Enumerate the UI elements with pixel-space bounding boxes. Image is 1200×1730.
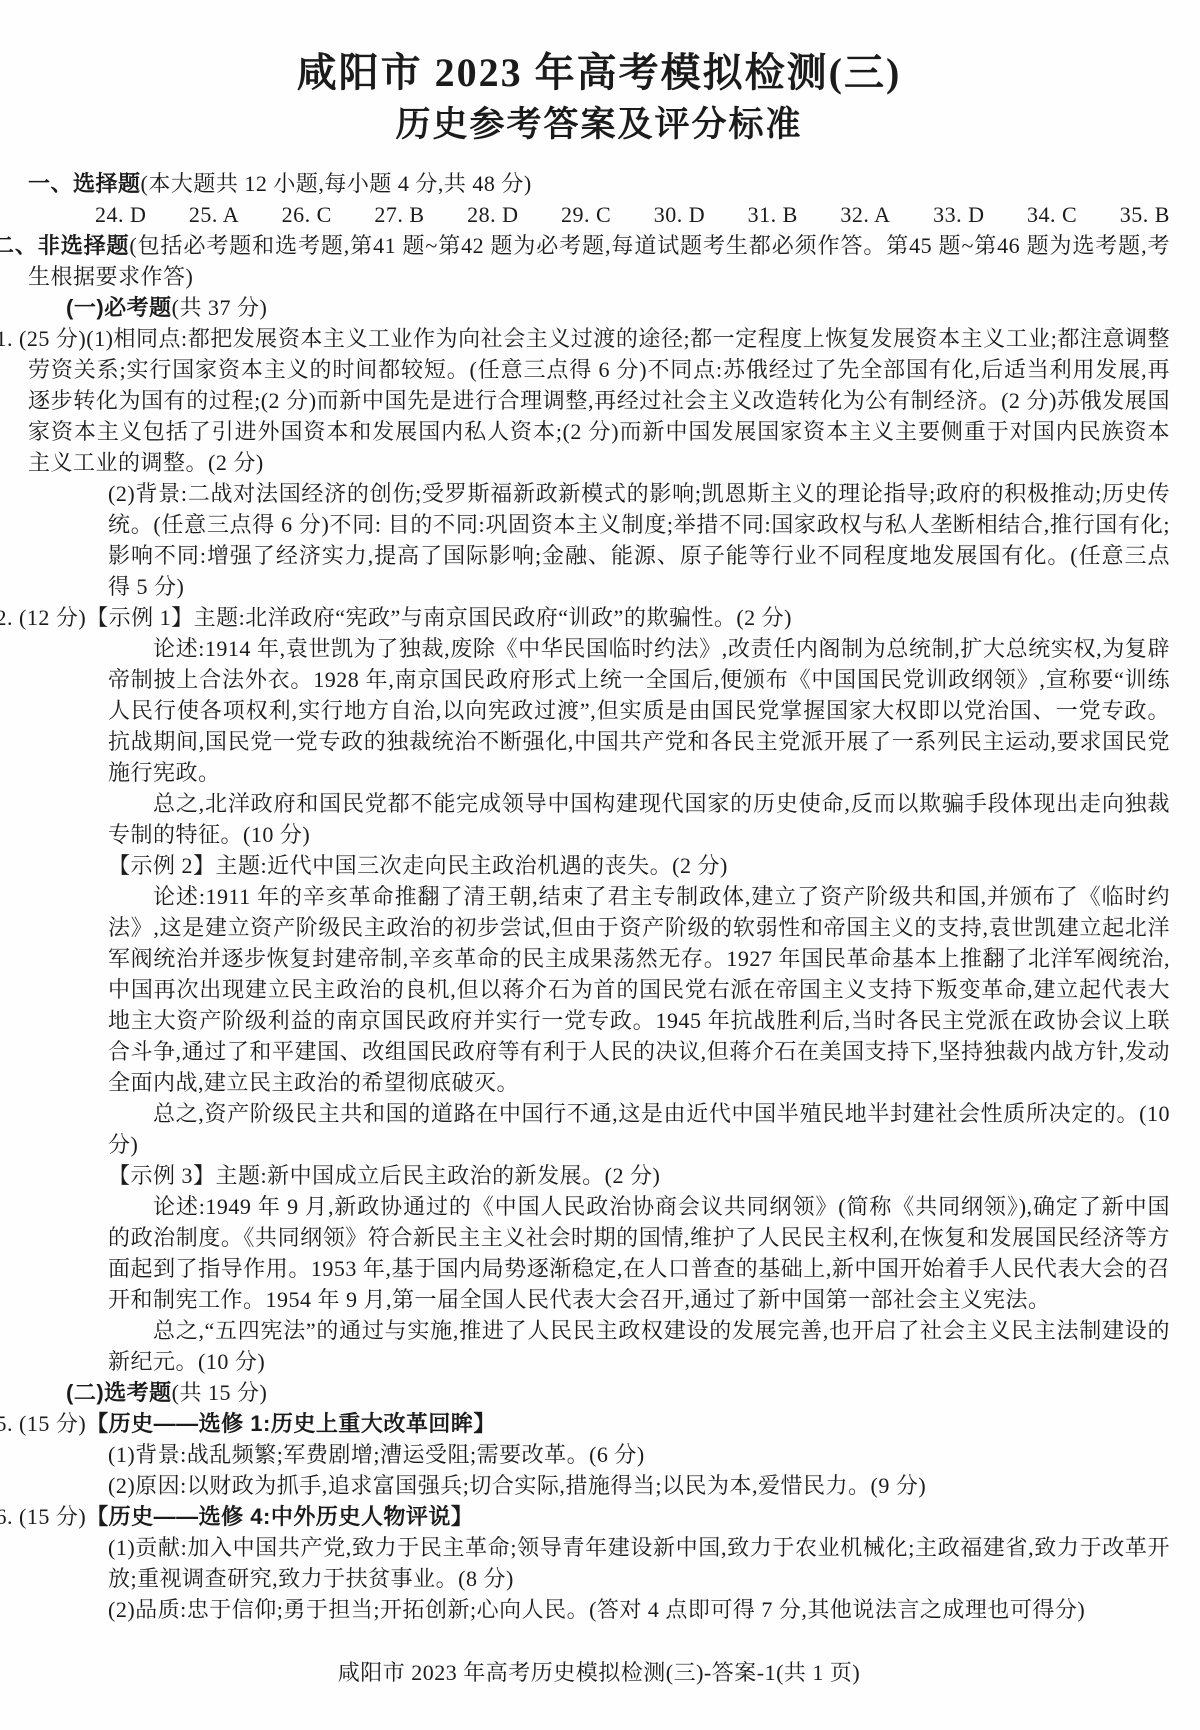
choice-answers-row: 24. D 25. A 26. C 27. B 28. D 29. C 30. … (95, 199, 1170, 230)
section-choice-label: 一、选择题 (28, 171, 141, 196)
section-nonchoice-heading: 二、非选择题(包括必考题和选考题,第41 题~第42 题为必考题,每道试题考生都… (28, 230, 1170, 292)
q42-example3-conclusion: 总之,“五四宪法”的通过与实施,推进了人民民主政权建设的发展完善,也开启了社会主… (108, 1315, 1170, 1377)
section-choice-desc: (本大题共 12 小题,每小题 4 分,共 48 分) (141, 171, 532, 196)
optional-subsection-score: (共 15 分) (172, 1380, 268, 1405)
q46-answer-1: (1)贡献:加入中国共产党,致力于民主革命;领导青年建设新中国,致力于农业机械化… (108, 1532, 1170, 1594)
q42-example2-topic: 【示例 2】主题:近代中国三次走向民主政治机遇的丧失。(2 分) (108, 850, 1170, 881)
q46-heading: 46. (15 分)【历史——选修 4:中外历史人物评说】 (28, 1501, 1170, 1532)
q45-answer-1: (1)背景:战乱频繁;军费剧增;漕运受阻;需要改革。(6 分) (108, 1439, 1170, 1470)
q41-paragraph-2: (2)背景:二战对法国经济的创伤;受罗斯福新政新模式的影响;凯恩斯主义的理论指导… (108, 478, 1170, 602)
q42-example2-discussion: 论述:1911 年的辛亥革命推翻了清王朝,结束了君主专制政体,建立了资产阶级共和… (108, 881, 1170, 1098)
optional-subsection-heading: (二)选考题(共 15 分) (66, 1377, 1170, 1408)
page-footer: 咸阳市 2023 年高考历史模拟检测(三)-答案-1(共 1 页) (28, 1657, 1170, 1688)
q45-elective-title: 【历史——选修 1:历史上重大改革回眸】 (86, 1411, 496, 1436)
q46-answer-2: (2)品质:忠于信仰;勇于担当;开拓创新;心向人民。(答对 4 点即可得 7 分… (108, 1594, 1170, 1625)
page-title: 咸阳市 2023 年高考模拟检测(三) (28, 50, 1170, 96)
q45-answer-2: (2)原因:以财政为抓手,追求富国强兵;切合实际,措施得当;以民为本,爱惜民力。… (108, 1470, 1170, 1501)
answer-item: 27. B (374, 199, 424, 230)
required-subsection-label: (一)必考题 (66, 295, 172, 320)
answer-item: 30. D (654, 199, 705, 230)
answer-item: 32. A (840, 199, 890, 230)
q45-heading: 45. (15 分)【历史——选修 1:历史上重大改革回眸】 (28, 1408, 1170, 1439)
q42-example1-discussion: 论述:1914 年,袁世凯为了独裁,废除《中华民国临时约法》,改责任内阁制为总统… (108, 633, 1170, 788)
optional-subsection-label: (二)选考题 (66, 1380, 172, 1405)
q42-example2-conclusion: 总之,资产阶级民主共和国的道路在中国行不通,这是由近代中国半殖民地半封建社会性质… (108, 1098, 1170, 1160)
answer-item: 35. B (1120, 199, 1170, 230)
q46-number: 46. (15 分) (0, 1504, 86, 1529)
answer-item: 34. C (1027, 199, 1077, 230)
q42-example3-discussion: 论述:1949 年 9 月,新政协通过的《中国人民政治协商会议共同纲领》(简称《… (108, 1191, 1170, 1315)
q42-example1-conclusion: 总之,北洋政府和国民党都不能完成领导中国构建现代国家的历史使命,反而以欺骗手段体… (108, 788, 1170, 850)
section-choice-heading: 一、选择题(本大题共 12 小题,每小题 4 分,共 48 分) (28, 168, 1170, 199)
required-subsection-heading: (一)必考题(共 37 分) (66, 292, 1170, 323)
section-nonchoice-desc: (包括必考题和选考题,第41 题~第42 题为必考题,每道试题考生都必须作答。第… (28, 233, 1170, 289)
q41-paragraph-1: 41. (25 分)(1)相同点:都把发展资本主义工业作为向社会主义过渡的途径;… (28, 323, 1170, 478)
answer-item: 31. B (748, 199, 798, 230)
answer-item: 24. D (95, 199, 146, 230)
q45-number: 45. (15 分) (0, 1411, 86, 1436)
exam-answer-sheet-page: 咸阳市 2023 年高考模拟检测(三) 历史参考答案及评分标准 一、选择题(本大… (0, 0, 1200, 1730)
section-nonchoice-label: 二、非选择题 (0, 233, 129, 258)
q42-example3-topic: 【示例 3】主题:新中国成立后民主政治的新发展。(2 分) (108, 1160, 1170, 1191)
required-subsection-score: (共 37 分) (172, 295, 268, 320)
answer-item: 29. C (561, 199, 611, 230)
q46-elective-title: 【历史——选修 4:中外历史人物评说】 (86, 1504, 473, 1529)
q42-heading: 42. (12 分)【示例 1】主题:北洋政府“宪政”与南京国民政府“训政”的欺… (28, 602, 1170, 633)
answer-item: 26. C (282, 199, 332, 230)
answer-item: 28. D (467, 199, 518, 230)
answer-item: 25. A (189, 199, 239, 230)
answer-item: 33. D (933, 199, 984, 230)
page-subtitle: 历史参考答案及评分标准 (28, 104, 1170, 146)
